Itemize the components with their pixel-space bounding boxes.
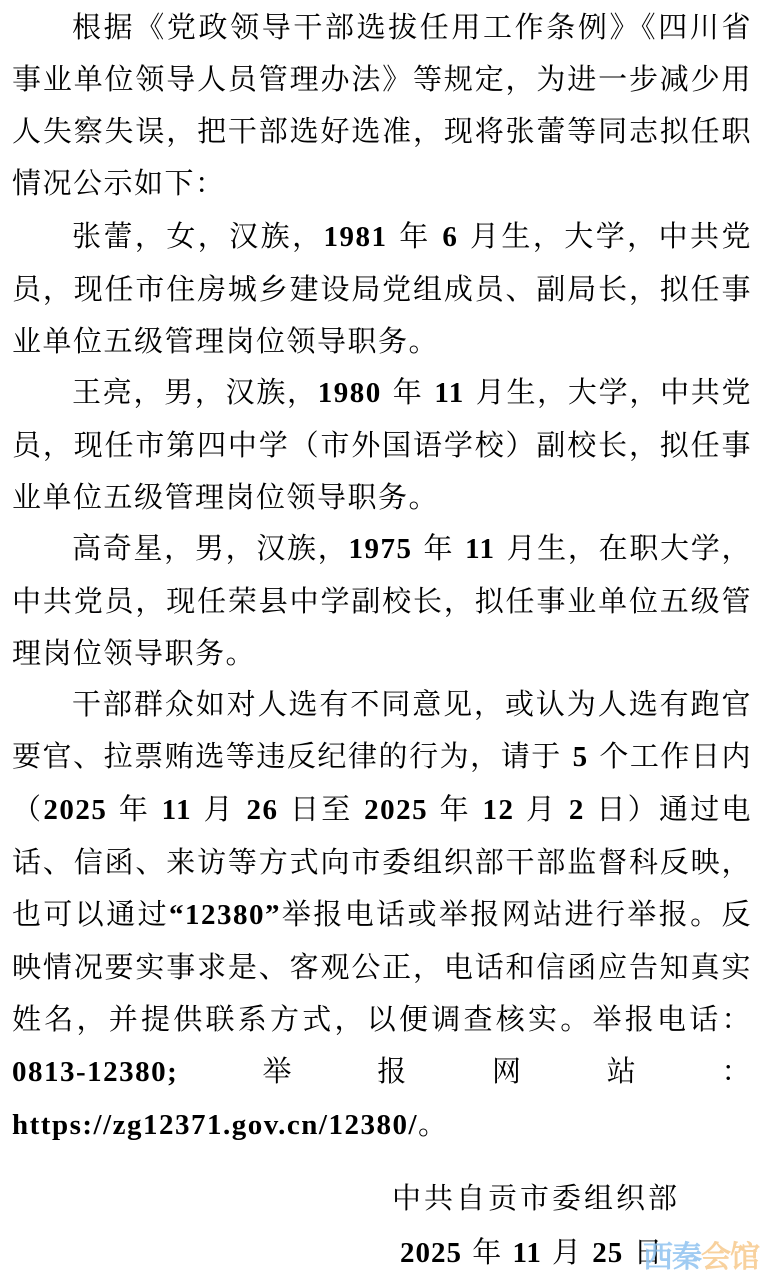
bold-numeral-segment: 2025 [43, 794, 107, 826]
bold-numeral-segment: 1980 [318, 377, 382, 409]
bold-numeral-segment: 26 [246, 794, 278, 826]
bold-numeral-segment: 6 [442, 221, 458, 253]
bold-numeral-segment: 11 [162, 794, 192, 826]
date-month-unit: 月 [542, 1235, 592, 1269]
text-segment: 高奇星，男，汉族， [72, 531, 349, 565]
feedback-instructions-paragraph: 干部群众如对人选有不同意见，或认为人选有跑官要官、拉票贿选等违反纪律的行为，请于… [12, 678, 752, 1151]
text-segment: 日至 [278, 792, 364, 826]
text-segment: 王亮，男，汉族， [72, 375, 318, 409]
text-segment: 年 [428, 792, 482, 826]
text-segment: 年 [388, 219, 443, 253]
bold-numeral-segment: 0813-12380; [12, 1056, 178, 1088]
bold-numeral-segment: https://zg12371.gov.cn/12380/ [12, 1109, 418, 1141]
candidate-paragraph-zhang-lei: 张蕾，女，汉族，1981 年 6 月生，大学，中共党员，现任市住房城乡建设局党组… [12, 210, 752, 367]
text-segment: 举报网站： [178, 1054, 752, 1088]
bold-numeral-segment: 11 [434, 377, 464, 409]
bold-numeral-segment: 2 [569, 794, 585, 826]
text-segment: 月 [514, 792, 568, 826]
bold-numeral-segment: 1981 [324, 221, 388, 253]
bold-numeral-segment: 2025 [364, 794, 428, 826]
text-segment: 。 [418, 1107, 449, 1141]
bold-numeral-segment: 5 [573, 741, 589, 773]
bold-numeral-segment: 1975 [349, 533, 413, 565]
bold-numeral-segment: “12380” [169, 899, 281, 931]
watermark-logo: 西秦会馆 [643, 1240, 759, 1276]
text-segment: 月 [192, 792, 246, 826]
text-segment: 年 [382, 375, 435, 409]
bold-numeral-segment: 12 [482, 794, 514, 826]
text-segment: 根据《党政领导干部选拔任用工作条例》《四川省事业单位领导人员管理办法》等规定，为… [12, 10, 752, 200]
date-year: 2025 [400, 1237, 462, 1269]
watermark-part-1: 西秦 [643, 1240, 701, 1275]
intro-paragraph: 根据《党政领导干部选拔任用工作条例》《四川省事业单位领导人员管理办法》等规定，为… [12, 1, 752, 209]
text-segment: 年 [413, 531, 466, 565]
watermark-part-2: 会馆 [701, 1240, 759, 1275]
date-month: 11 [512, 1237, 541, 1269]
text-segment: 年 [107, 792, 161, 826]
date-year-unit: 年 [462, 1235, 512, 1269]
issuer-signature: 中共自贡市委组织部 [392, 1176, 680, 1220]
bold-numeral-segment: 11 [465, 533, 495, 565]
date-day: 25 [592, 1237, 623, 1269]
text-segment: 张蕾，女，汉族， [72, 219, 324, 253]
issue-date: 2025 年 11 月 25 日 [400, 1230, 664, 1275]
candidate-paragraph-wang-liang: 王亮，男，汉族，1980 年 11 月生，大学，中共党员，现任市第四中学（市外国… [12, 366, 752, 523]
candidate-paragraph-gao-qixing: 高奇星，男，汉族，1975 年 11 月生，在职大学，中共党员，现任荣县中学副校… [12, 522, 752, 679]
